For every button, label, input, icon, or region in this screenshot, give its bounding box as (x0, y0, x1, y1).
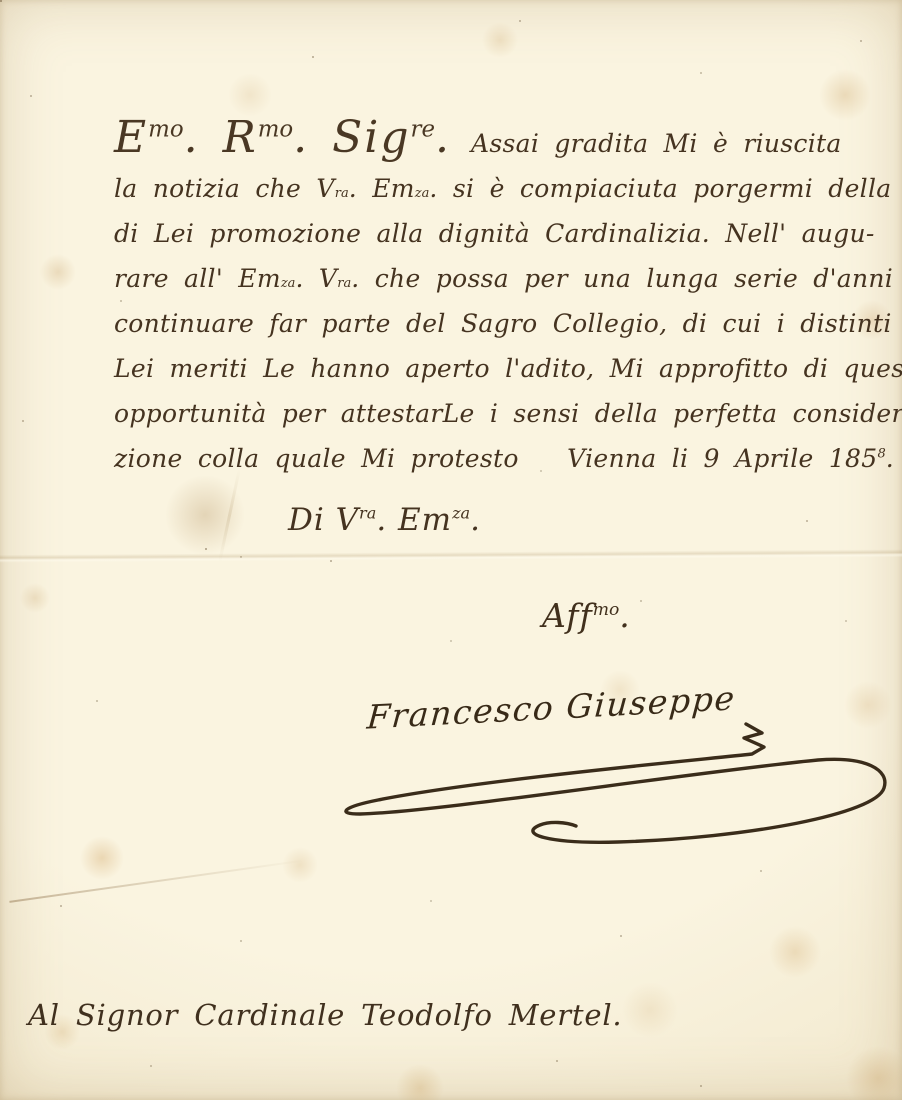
dateline: Vienna li 9 Aprile 1858. (567, 444, 894, 473)
letter-line: Lei meriti Le hanno aperto l'adito, Mi a… (114, 354, 894, 399)
diagonal-crease (9, 859, 306, 903)
letter-line: Emo. Rmo. Sigre. Assai gradita Mi è rius… (114, 112, 894, 174)
horizontal-fold-crease (0, 549, 902, 563)
ink-specks (0, 0, 2, 2)
closing-affmo: Affmo. (542, 596, 631, 635)
valediction: Di Vra. Emza. (288, 502, 481, 538)
salutation: Emo. Rmo. Sigre. (114, 112, 451, 163)
letter-line: di Lei promozione alla dignità Cardinali… (114, 219, 894, 264)
letter-page: Emo. Rmo. Sigre. Assai gradita Mi è rius… (0, 0, 902, 1100)
letter-line: opportunità per attestarLe i sensi della… (114, 399, 894, 444)
letter-line: la notizia che Vra. Emza. si è compiaciu… (114, 174, 894, 219)
letter-line: rare all' Emza. Vra. che possa per una l… (114, 264, 894, 309)
letter-line: zione colla quale Mi protesto Vienna li … (114, 444, 894, 489)
letter-line-text: zione colla quale Mi protesto (114, 444, 519, 473)
recipient-address: Al Signor Cardinale Teodolfo Mertel. (28, 998, 622, 1032)
letter-line: continuare far parte del Sagro Collegio,… (114, 309, 894, 354)
letter-line-text: Assai gradita Mi è riuscita (471, 129, 842, 158)
letter-body: Emo. Rmo. Sigre. Assai gradita Mi è rius… (114, 112, 894, 489)
signature-francesco-giuseppe: Francesco Giuseppe (366, 678, 737, 736)
signature-flourish (318, 722, 898, 862)
